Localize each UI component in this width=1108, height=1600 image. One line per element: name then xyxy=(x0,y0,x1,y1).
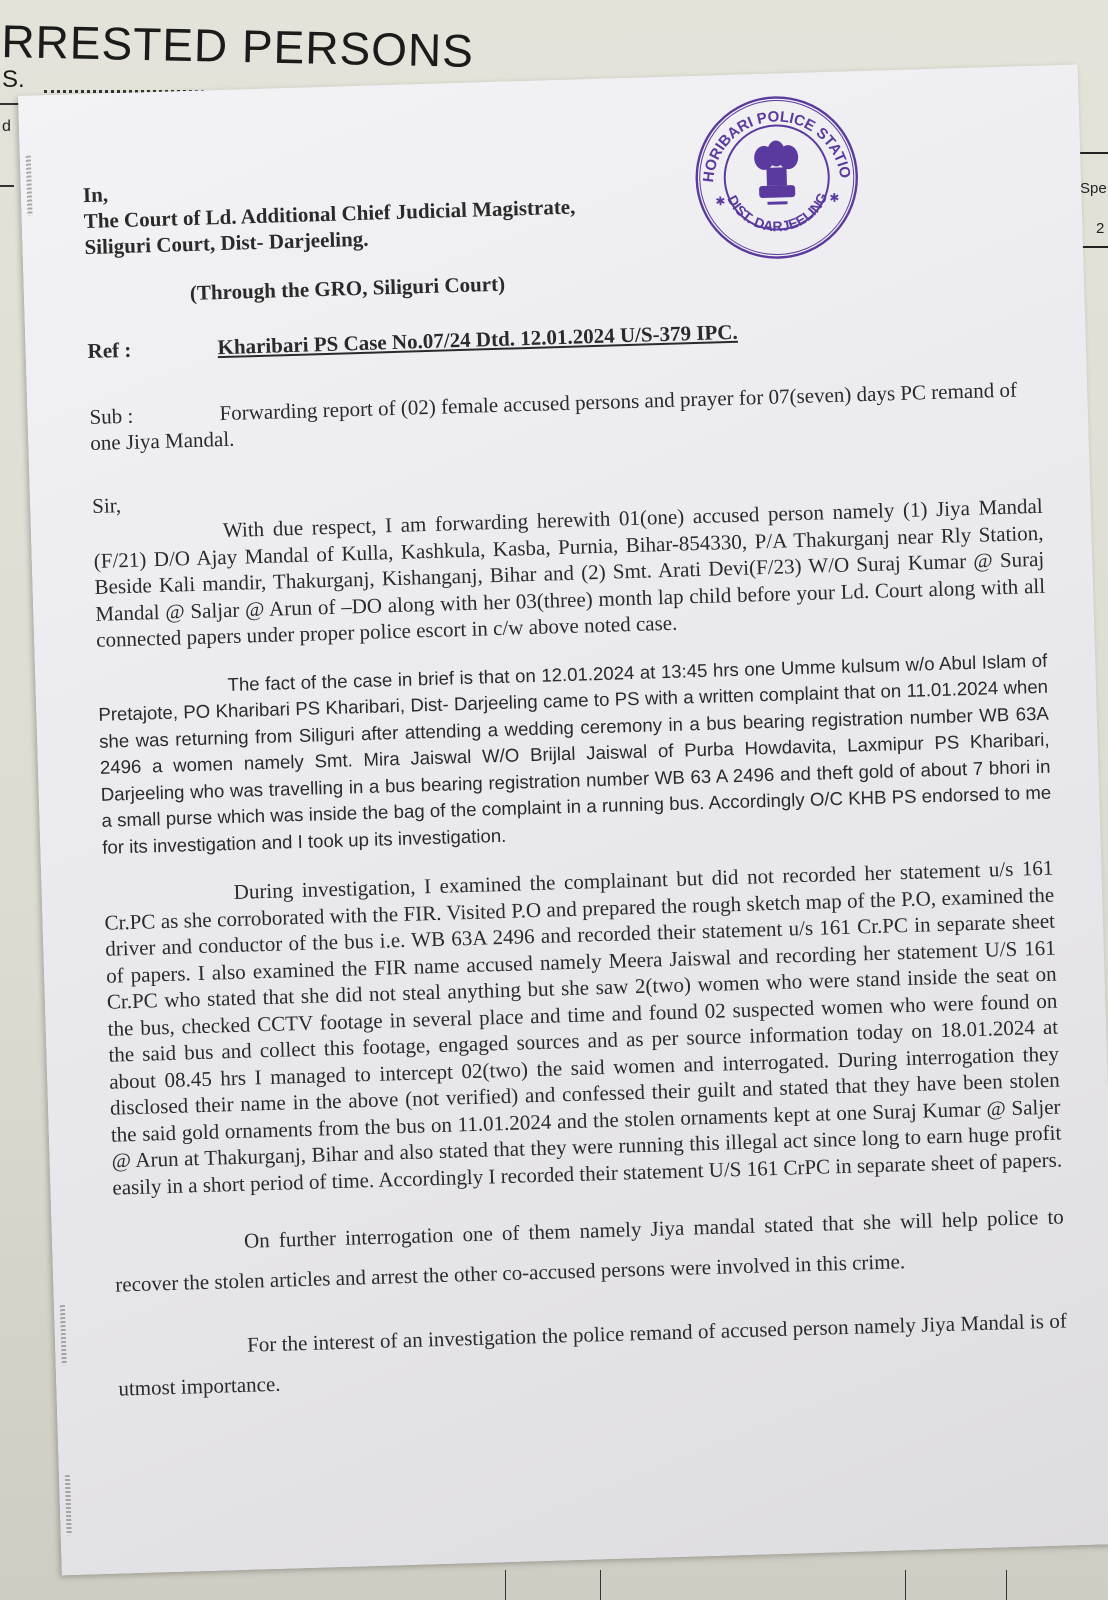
background-form-left-fragment: d xyxy=(2,118,11,136)
letter-page: KHORIBARI POLICE STATION DIST. DARJEELIN… xyxy=(18,65,1108,1576)
background-form-right-fragment-top: Spe xyxy=(1080,180,1107,197)
paragraph-forwarding: With due respect, I am forwarding herewi… xyxy=(93,493,1047,654)
paragraph-investigation: During investigation, I examined the com… xyxy=(103,855,1062,1201)
punch-hole-mark xyxy=(65,1475,72,1535)
background-form-dash xyxy=(0,185,14,187)
background-form-title: RRESTED PERSONS xyxy=(1,14,475,78)
punch-hole-mark xyxy=(26,156,33,216)
background-form-right-fragment-bottom: 2 xyxy=(1096,220,1104,237)
through-line: (Through the GRO, Siliguri Court) xyxy=(190,256,1036,306)
reference-row: Ref : Kharibari PS Case No.07/24 Dtd. 12… xyxy=(87,311,1037,364)
punch-hole-mark xyxy=(60,1305,67,1365)
subject-row: Sub :Forwarding report of (02) female ac… xyxy=(89,376,1040,456)
addressee-block: In, The Court of Ld. Additional Chief Ju… xyxy=(83,154,1035,260)
paragraph-case-facts: The fact of the case in brief is that on… xyxy=(97,647,1052,861)
sub-label: Sub : xyxy=(89,400,220,430)
background-form-sno-label: S. xyxy=(2,66,25,94)
paragraph-further-interrogation: On further interrogation one of them nam… xyxy=(114,1196,1066,1304)
ref-case-number: Kharibari PS Case No.07/24 Dtd. 12.01.20… xyxy=(217,320,738,360)
paragraph-remand-prayer: For the interest of an investigation the… xyxy=(117,1300,1069,1408)
letter-content: In, The Court of Ld. Additional Chief Ju… xyxy=(83,154,1069,1409)
ref-label: Ref : xyxy=(87,335,218,364)
subject-text: Forwarding report of (02) female accused… xyxy=(90,378,1017,456)
